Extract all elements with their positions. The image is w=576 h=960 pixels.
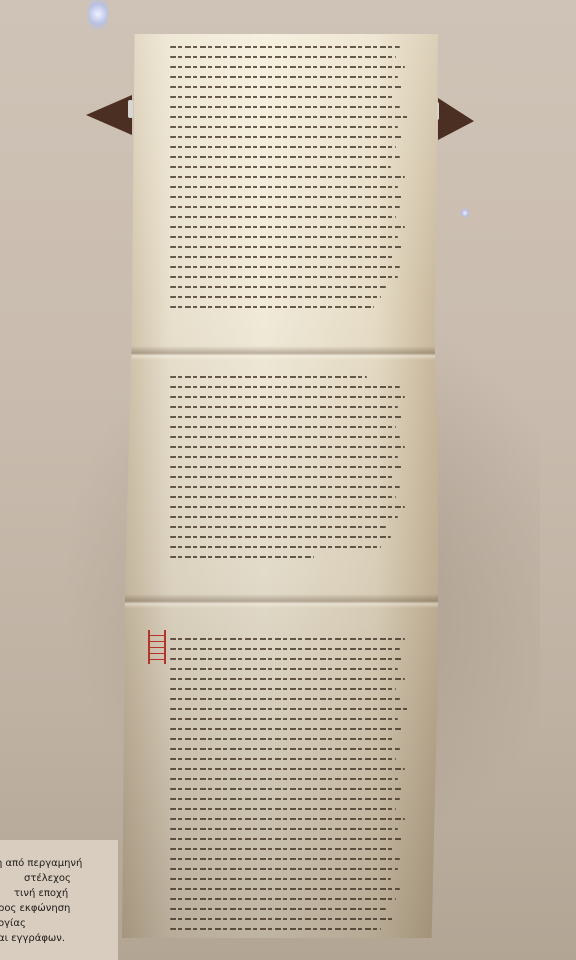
label-line: η από περγαμηνή bbox=[0, 856, 118, 871]
right-mount-peg bbox=[438, 98, 474, 140]
scroll-fold bbox=[122, 346, 438, 360]
light-reflection-small bbox=[460, 208, 470, 218]
scroll-fold bbox=[122, 594, 438, 608]
museum-label-card: η από περγαμηνή στέλεχος τινή εποχή ρος … bbox=[0, 840, 118, 960]
left-mount-peg bbox=[86, 95, 132, 135]
label-line: ρος εκφώνηση bbox=[0, 901, 118, 916]
manuscript-text-section-1 bbox=[170, 38, 410, 316]
manuscript-text-section-2 bbox=[170, 368, 410, 566]
label-line: ογίας bbox=[0, 916, 118, 931]
label-line: αι εγγράφων. bbox=[0, 931, 118, 946]
left-mount-pin bbox=[128, 100, 133, 118]
label-line: τινή εποχή bbox=[14, 886, 118, 901]
parchment-scroll bbox=[122, 34, 438, 938]
light-reflection bbox=[88, 0, 108, 34]
red-initial-letter bbox=[148, 630, 166, 664]
manuscript-text-section-3 bbox=[170, 630, 410, 958]
label-line: στέλεχος bbox=[24, 871, 118, 886]
